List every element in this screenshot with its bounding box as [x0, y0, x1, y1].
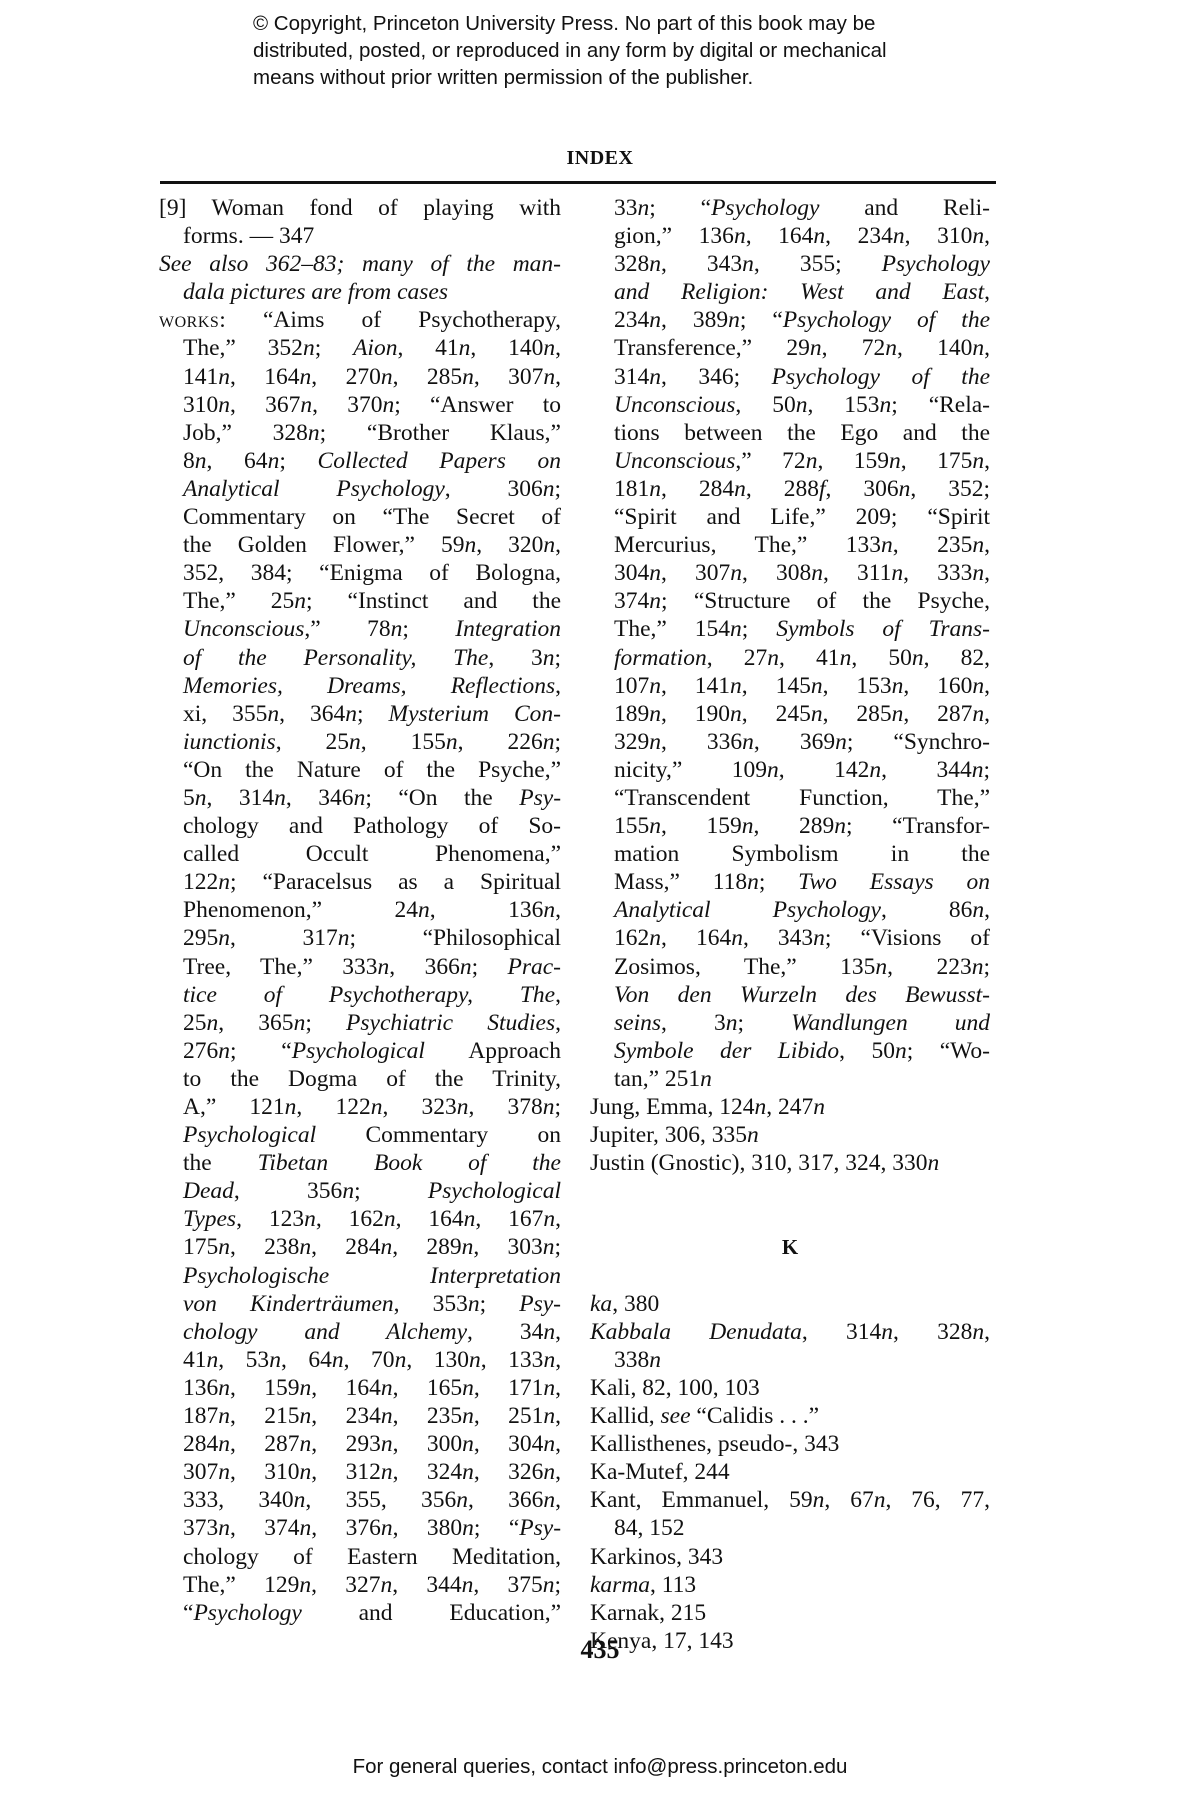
index-line: See also 362–83; many of the man-	[159, 250, 561, 278]
index-line: Psychological Commentary on	[183, 1121, 561, 1149]
spacer	[590, 1262, 990, 1290]
index-line: 136n, 159n, 164n, 165n, 171n,	[183, 1374, 561, 1402]
index-line: “Spirit and Life,” 209; “Spirit	[590, 503, 990, 531]
index-line: Unconscious,” 72n, 159n, 175n,	[590, 447, 990, 475]
index-line: 304n, 307n, 308n, 311n, 333n,	[590, 559, 990, 587]
index-line: 338n	[590, 1346, 990, 1374]
index-line: Zosimos, The,” 135n, 223n;	[590, 953, 990, 981]
index-line: 181n, 284n, 288f, 306n, 352;	[590, 475, 990, 503]
index-line: 307n, 310n, 312n, 324n, 326n,	[183, 1458, 561, 1486]
page-number: 435	[0, 1635, 1200, 1665]
index-line: Dead, 356n; Psychological	[183, 1177, 561, 1205]
index-column-right: 33n; “Psychology and Reli-gion,” 136n, 1…	[590, 194, 990, 1655]
copyright-notice: © Copyright, Princeton University Press.…	[253, 10, 973, 91]
index-line: 276n; “Psychological Approach	[183, 1037, 561, 1065]
index-line: 33n; “Psychology and Reli-	[590, 194, 990, 222]
index-line: iunctionis, 25n, 155n, 226n;	[183, 728, 561, 756]
index-line: Symbole der Libido, 50n; “Wo-	[590, 1037, 990, 1065]
index-line: 155n, 159n, 289n; “Transfor-	[590, 812, 990, 840]
index-line: 310n, 367n, 370n; “Answer to	[183, 391, 561, 419]
index-line: 328n, 343n, 355; Psychology	[590, 250, 990, 278]
index-line: 295n, 317n; “Philosophical	[183, 924, 561, 952]
index-line: and Religion: West and East,	[590, 278, 990, 306]
index-line: Phenomenon,” 24n, 136n,	[183, 896, 561, 924]
index-line: Kant, Emmanuel, 59n, 67n, 76, 77,	[590, 1486, 990, 1514]
index-line: Kallid, see “Calidis . . .”	[590, 1402, 990, 1430]
index-line: Tree, The,” 333n, 366n; Prac-	[183, 953, 561, 981]
index-line: 84, 152	[590, 1514, 990, 1542]
index-line: Types, 123n, 162n, 164n, 167n,	[183, 1205, 561, 1233]
index-line: Justin (Gnostic), 310, 317, 324, 330n	[590, 1149, 990, 1177]
index-line: 141n, 164n, 270n, 285n, 307n,	[183, 363, 561, 391]
index-line: Psychologische Interpretation	[183, 1262, 561, 1290]
index-line: Job,” 328n; “Brother Klaus,”	[183, 419, 561, 447]
index-line: Unconscious, 50n, 153n; “Rela-	[590, 391, 990, 419]
index-line: A,” 121n, 122n, 323n, 378n;	[183, 1093, 561, 1121]
index-line: chology and Pathology of So-	[183, 812, 561, 840]
index-line: 352, 384; “Enigma of Bologna,	[183, 559, 561, 587]
index-line: “On the Nature of the Psyche,”	[183, 756, 561, 784]
index-line: 107n, 141n, 145n, 153n, 160n,	[590, 672, 990, 700]
index-line: Ka-Mutef, 244	[590, 1458, 990, 1486]
index-line: to the Dogma of the Trinity,	[183, 1065, 561, 1093]
index-line: The,” 154n; Symbols of Trans-	[590, 615, 990, 643]
index-line: [9] Woman fond of playing with	[159, 194, 561, 222]
index-line: Analytical Psychology, 86n,	[590, 896, 990, 924]
index-line: formation, 27n, 41n, 50n, 82,	[590, 644, 990, 672]
index-line: 329n, 336n, 369n; “Synchro-	[590, 728, 990, 756]
index-line: chology and Alchemy, 34n,	[183, 1318, 561, 1346]
spacer	[590, 1177, 990, 1205]
index-line: tice of Psychotherapy, The,	[183, 981, 561, 1009]
index-line: gion,” 136n, 164n, 234n, 310n,	[590, 222, 990, 250]
index-line: nicity,” 109n, 142n, 344n;	[590, 756, 990, 784]
index-line: Jung, Emma, 124n, 247n	[590, 1093, 990, 1121]
copyright-line: © Copyright, Princeton University Press.…	[253, 10, 973, 37]
running-head: INDEX	[0, 147, 1200, 170]
index-line: 187n, 215n, 234n, 235n, 251n,	[183, 1402, 561, 1430]
index-line: 374n; “Structure of the Psyche,	[590, 587, 990, 615]
index-line: called Occult Phenomena,”	[183, 840, 561, 868]
header-rule	[160, 181, 996, 184]
index-line: xi, 355n, 364n; Mysterium Con-	[183, 700, 561, 728]
index-line: karma, 113	[590, 1571, 990, 1599]
section-letter: K	[590, 1233, 990, 1261]
index-line: Kali, 82, 100, 103	[590, 1374, 990, 1402]
index-line: Kallisthenes, pseudo-, 343	[590, 1430, 990, 1458]
index-line: Mercurius, The,” 133n, 235n,	[590, 531, 990, 559]
index-column-left: [9] Woman fond of playing withforms. — 3…	[183, 194, 561, 1627]
index-line: the Tibetan Book of the	[183, 1149, 561, 1177]
index-line: The,” 25n; “Instinct and the	[183, 587, 561, 615]
index-line: Unconscious,” 78n; Integration	[183, 615, 561, 643]
index-line: 122n; “Paracelsus as a Spiritual	[183, 868, 561, 896]
copyright-line: distributed, posted, or reproduced in an…	[253, 37, 973, 64]
index-line: mation Symbolism in the	[590, 840, 990, 868]
index-line: 5n, 314n, 346n; “On the Psy-	[183, 784, 561, 812]
index-line: The,” 352n; Aion, 41n, 140n,	[183, 334, 561, 362]
index-line: 175n, 238n, 284n, 289n, 303n;	[183, 1233, 561, 1261]
index-line: Commentary on “The Secret of	[183, 503, 561, 531]
index-line: Jupiter, 306, 335n	[590, 1121, 990, 1149]
index-line: 162n, 164n, 343n; “Visions of	[590, 924, 990, 952]
index-line: tan,” 251n	[590, 1065, 990, 1093]
index-line: Mass,” 118n; Two Essays on	[590, 868, 990, 896]
index-line: Von den Wurzeln des Bewusst-	[590, 981, 990, 1009]
index-line: Analytical Psychology, 306n;	[183, 475, 561, 503]
index-line: Kabbala Denudata, 314n, 328n,	[590, 1318, 990, 1346]
index-line: von Kinderträumen, 353n; Psy-	[183, 1290, 561, 1318]
index-line: “Psychology and Education,”	[183, 1599, 561, 1627]
index-line: 8n, 64n; Collected Papers on	[183, 447, 561, 475]
index-line: 373n, 374n, 376n, 380n; “Psy-	[183, 1514, 561, 1542]
index-line: of the Personality, The, 3n;	[183, 644, 561, 672]
index-line: Transference,” 29n, 72n, 140n,	[590, 334, 990, 362]
index-line: 284n, 287n, 293n, 300n, 304n,	[183, 1430, 561, 1458]
index-line: The,” 129n, 327n, 344n, 375n;	[183, 1571, 561, 1599]
index-line: chology of Eastern Meditation,	[183, 1543, 561, 1571]
index-line: ka, 380	[590, 1290, 990, 1318]
index-line: 234n, 389n; “Psychology of the	[590, 306, 990, 334]
index-line: works: “Aims of Psychotherapy,	[159, 306, 561, 334]
index-line: tions between the Ego and the	[590, 419, 990, 447]
index-line: dala pictures are from cases	[183, 278, 561, 306]
index-line: 314n, 346; Psychology of the	[590, 363, 990, 391]
index-line: Karkinos, 343	[590, 1543, 990, 1571]
index-line: 189n, 190n, 245n, 285n, 287n,	[590, 700, 990, 728]
spacer	[590, 1205, 990, 1233]
index-line: forms. — 347	[183, 222, 561, 250]
index-line: 25n, 365n; Psychiatric Studies,	[183, 1009, 561, 1037]
copyright-line: means without prior written permission o…	[253, 64, 973, 91]
index-line: seins, 3n; Wandlungen und	[590, 1009, 990, 1037]
index-line: “Transcendent Function, The,”	[590, 784, 990, 812]
index-line: Karnak, 215	[590, 1599, 990, 1627]
index-line: Memories, Dreams, Reflections,	[183, 672, 561, 700]
index-line: the Golden Flower,” 59n, 320n,	[183, 531, 561, 559]
index-line: 41n, 53n, 64n, 70n, 130n, 133n,	[183, 1346, 561, 1374]
index-line: 333, 340n, 355, 356n, 366n,	[183, 1486, 561, 1514]
footer-contact: For general queries, contact info@press.…	[0, 1755, 1200, 1779]
